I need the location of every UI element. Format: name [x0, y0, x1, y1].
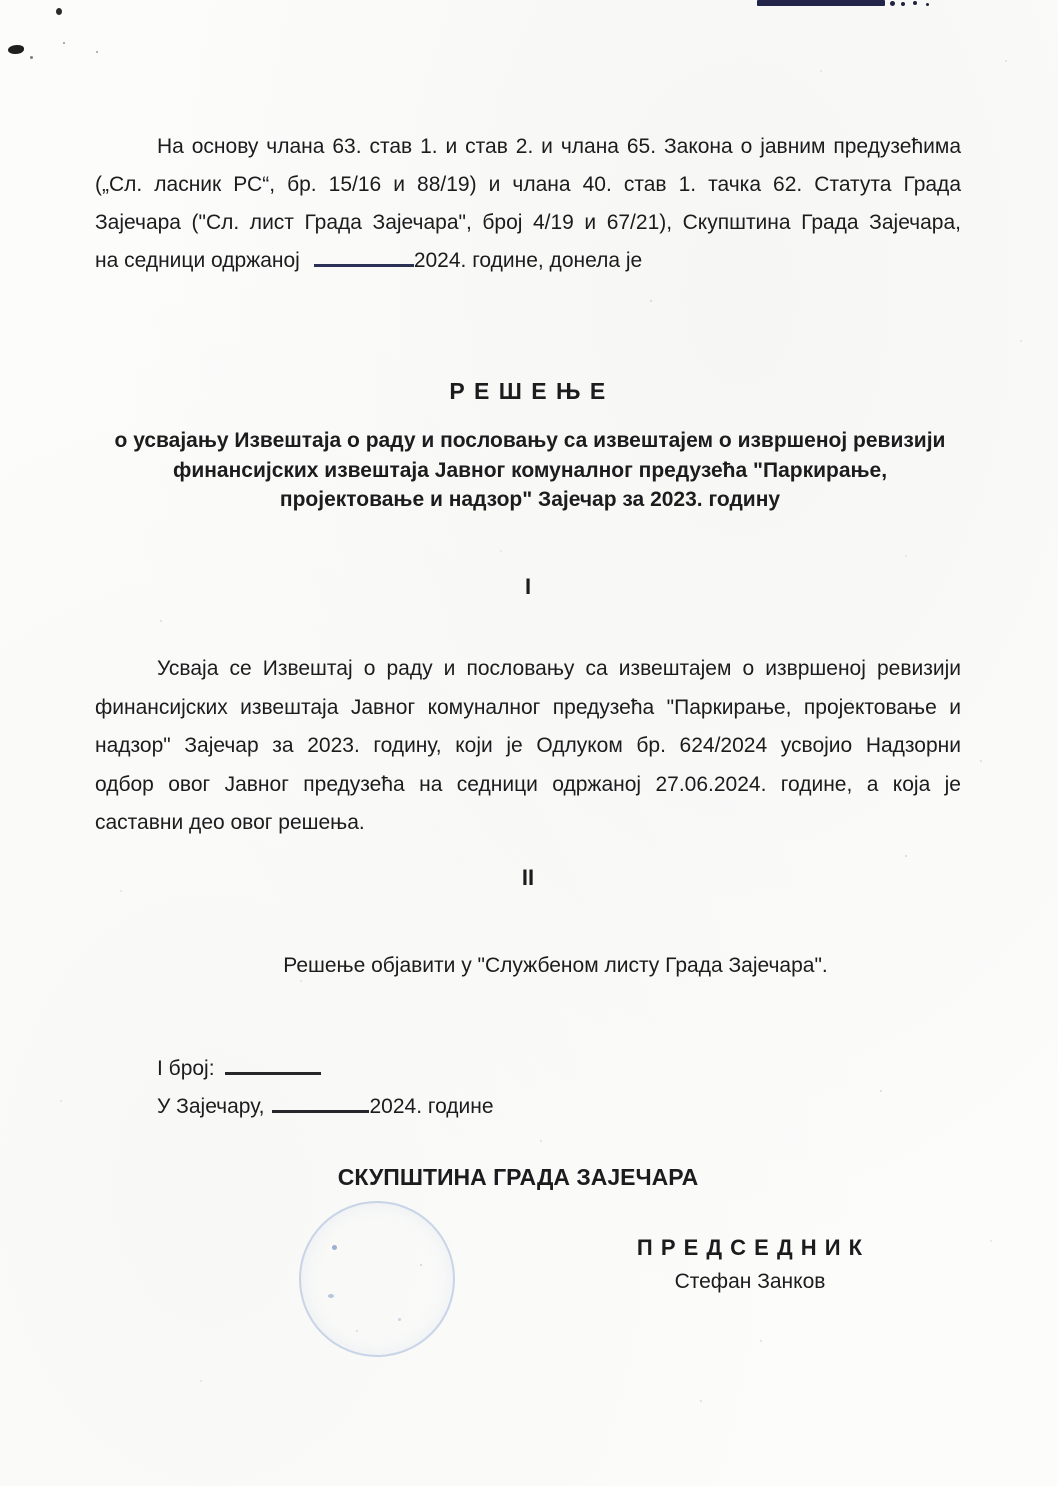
- section-1-line: саставни део овог решења.: [95, 804, 961, 843]
- scan-artifact-speck: [56, 8, 62, 15]
- section-1-marker: I: [95, 574, 961, 600]
- place-text-before: У Зајечару,: [157, 1095, 264, 1118]
- signature-name: Стефан Занков: [600, 1270, 900, 1294]
- assembly-name: СКУПШТИНА ГРАДА ЗАЈЕЧАРА: [85, 1164, 951, 1191]
- number-label: I број:: [157, 1057, 215, 1080]
- section-1-line: финансијских извештаја Јавног комуналног…: [95, 689, 961, 728]
- section-1-paragraph: Усваја се Извештај о раду и пословању са…: [95, 650, 961, 843]
- intro-line: На основу члана 63. став 1. и став 2. и …: [95, 128, 961, 166]
- section-1-line: Усваја се Извештај о раду и пословању са…: [95, 650, 961, 689]
- stamp-speck: [356, 1330, 358, 1332]
- place-blank-line: [272, 1090, 369, 1113]
- intro-date-text-after: 2024. године, донела је: [414, 249, 642, 272]
- scan-artifact-dot: [890, 1, 895, 6]
- stamp-speck: [420, 1264, 422, 1266]
- closing-number-line: I број:: [157, 1050, 857, 1088]
- scan-artifact-dot: [901, 2, 905, 6]
- place-text-after: 2024. године: [369, 1095, 493, 1118]
- intro-line: Зајечара ("Сл. лист Града Зајечара", бро…: [95, 204, 961, 242]
- round-stamp: [299, 1201, 455, 1357]
- scan-artifact-dot: [926, 3, 929, 6]
- stamp-speck: [398, 1318, 401, 1321]
- section-1-line: надзор" Зајечар за 2023. годину, који је…: [95, 727, 961, 766]
- document-subtitle: о усвајању Извештаја о раду и пословању …: [60, 426, 1000, 515]
- scan-artifact-smudge: [8, 45, 24, 54]
- section-1-line: одбор овог Јавног предузећа на седници о…: [95, 766, 961, 805]
- scan-artifact-speck: [96, 51, 98, 53]
- scan-artifact-speck: [30, 56, 33, 59]
- subtitle-line: финансијских извештаја Јавног комуналног…: [60, 456, 1000, 486]
- intro-line: („Сл. ласник РС“, бр. 15/16 и 88/19) и ч…: [95, 166, 961, 204]
- intro-paragraph: На основу члана 63. став 1. и став 2. и …: [95, 128, 961, 280]
- scan-artifact-dot: [913, 1, 917, 5]
- document-title: Р Е Ш Е Њ Е: [95, 378, 961, 405]
- scan-artifact-top-bar: [757, 0, 885, 6]
- date-blank-line: [314, 244, 414, 267]
- section-2-text: Решење објавити у "Службеном листу Града…: [95, 947, 961, 985]
- section-2-marker: II: [95, 865, 961, 891]
- scan-noise: [650, 300, 652, 302]
- signature-block: П Р Е Д С Е Д Н И К Стефан Занков: [600, 1235, 900, 1294]
- stamp-speck: [328, 1294, 334, 1298]
- document-page: На основу члана 63. став 1. и став 2. и …: [0, 0, 1058, 1486]
- signature-role: П Р Е Д С Е Д Н И К: [600, 1235, 900, 1261]
- closing-place-line: У Зајечару,2024. године: [157, 1088, 857, 1126]
- subtitle-line: пројектовање и надзор" Зајечар за 2023. …: [60, 485, 1000, 515]
- subtitle-line: о усвајању Извештаја о раду и пословању …: [60, 426, 1000, 456]
- intro-date-line: на седници одржаној2024. године, донела …: [95, 242, 961, 280]
- stamp-speck: [332, 1245, 337, 1250]
- scan-artifact-speck: [63, 42, 65, 44]
- number-blank-line: [225, 1052, 321, 1075]
- intro-date-text-before: на седници одржаној: [95, 249, 300, 272]
